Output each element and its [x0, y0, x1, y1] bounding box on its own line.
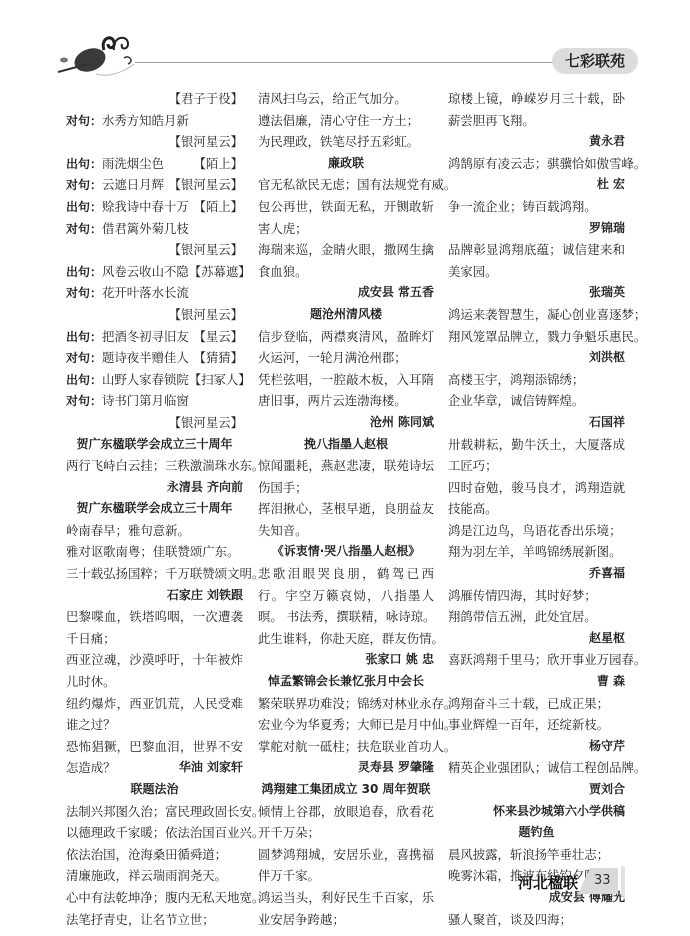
text-line-content: 伤国手； — [258, 480, 308, 495]
text-line: 技能高。 — [448, 498, 625, 520]
couplet-role-label: 出句： — [66, 373, 102, 387]
couplet-role-label: 对句： — [66, 178, 102, 192]
column-2: 清风扫乌云，给正气加分。遵法倡廉，清心守住一方土；为民理政，铁笔尽抒五彩虹。廉政… — [258, 88, 434, 930]
source-tag: 【银河星云】 — [66, 131, 243, 153]
text-line: 法笔抒青史，让名节立世； — [66, 909, 243, 931]
text-line-content: 两行飞峙白云挂；三秩激湍珠水东。 — [66, 458, 264, 473]
text-line: 害人虎； — [258, 218, 434, 240]
author-name: 张瑞英 — [589, 285, 625, 299]
poem-title: 贺广东楹联学会成立三十周年 — [66, 498, 243, 520]
source-tag-text: 【银河星云】 — [169, 134, 243, 149]
text-line: 喜跃鸿翔千里马；欣开事业万园春。 — [448, 649, 625, 671]
author-name: 灵寿县 罗肇隆 — [358, 760, 434, 774]
poem-title-text: 廉政联 — [328, 156, 364, 170]
text-line: 巴黎喋血，铁塔呜咽，一次遭袭 — [66, 606, 243, 628]
text-line: 千日痛； — [66, 628, 243, 650]
text-line-content: 遵法倡廉，清心守住一方土； — [258, 113, 419, 128]
text-line-content: 精英企业强团队；诚信工程创品牌。 — [448, 760, 646, 775]
author-name: 杜 宏 — [597, 177, 625, 191]
text-line-content: 业安居争跨越； — [258, 912, 345, 927]
poem-title: 《诉衷情·哭八指墨人赵根》 — [258, 541, 434, 563]
couplet-role-label: 对句： — [66, 286, 102, 300]
text-line: 清廉施政，祥云瑞雨润尧天。 — [66, 865, 243, 887]
source-tag-text: 【君子于役】 — [169, 91, 243, 106]
author-tag: 【猜猜】 — [193, 347, 243, 369]
author-name: 杨守芹 — [589, 739, 625, 753]
text-line-content: 争一流企业；铸百载鸿翔。 — [448, 199, 597, 214]
couplet-role-label: 对句： — [66, 222, 102, 236]
text-line-content: 火运河，一轮月满沧州郡； — [258, 350, 407, 365]
text-line-content: 事业辉煌一百年，还绽新枝。 — [448, 717, 609, 732]
author-name: 乔喜福 — [589, 566, 625, 580]
couplet-text: 诗书门第月临窗 — [102, 393, 189, 408]
author-line: 成安县 常五香 — [258, 282, 434, 304]
text-line-content: 翔鸽带信五洲，此处宜居。 — [448, 609, 597, 624]
text-line: 倾情上谷郡，放眼追春，欣看花 — [258, 801, 434, 823]
source-tag-text: 【银河星云】 — [169, 307, 243, 322]
text-line-content: 法制兴邦图久治；富民理政固长安。 — [66, 804, 264, 819]
author-line: 怀来县沙城第六小学供稿 — [448, 801, 625, 823]
text-line: 儿时休。 — [66, 671, 243, 693]
text-line: 唐旧事，两片云连渤海楼。 — [258, 390, 434, 412]
text-line: 骚人聚首，谈及四海； — [448, 909, 625, 931]
text-line: 火运河，一轮月满沧州郡； — [258, 347, 434, 369]
text-line: 遵法倡廉，清心守住一方土； — [258, 110, 434, 132]
author-name: 华油 刘家轩 — [179, 757, 243, 779]
header-rule — [135, 62, 600, 63]
section-title-badge: 七彩联苑 — [552, 48, 638, 74]
text-line: 岭南春早；雅句意新。 — [66, 520, 243, 542]
couplet-role-label: 对句： — [66, 114, 102, 128]
text-line: 此生谁料，你赴天庭，群友伤情。 — [258, 628, 434, 650]
text-line-content: 美家园。 — [448, 264, 498, 279]
text-line: 鸿雁传情四海，其时好梦； — [448, 585, 625, 607]
text-line: 以德理政千家暖；依法治国百业兴。 — [66, 822, 243, 844]
couplet-line: 对句：借君篱外菊几枝 — [66, 218, 243, 240]
text-line-content: 儿时休。 — [66, 674, 116, 689]
text-line: 争一流企业；铸百载鸿翔。 — [448, 196, 625, 218]
page-header: 七彩联苑 — [0, 0, 690, 80]
text-line-content: 以德理政千家暖；依法治国百业兴。 — [66, 825, 264, 840]
text-line: 谁之过？ — [66, 714, 243, 736]
text-line: 三十载弘扬国粹；千万联赞颂文明。 — [66, 563, 243, 585]
text-line: 信步登临，两襟爽清风，盈眸灯 — [258, 326, 434, 348]
text-line-content: 伴万千家。 — [258, 868, 320, 883]
author-line: 张家口 姚 忠 — [258, 649, 434, 671]
text-line: 四时奋勉，骏马良才，鸿翔造就 — [448, 477, 625, 499]
text-line: 翔鸽带信五洲，此处宜居。 — [448, 606, 625, 628]
couplet-role-label: 对句： — [66, 394, 102, 408]
text-line-content: 企业华章，诚信铸辉煌。 — [448, 393, 584, 408]
poem-title-text: 贺广东楹联学会成立三十周年 — [76, 437, 232, 451]
author-line: 石家庄 刘铁跟 — [66, 585, 243, 607]
text-line-content: 鸿运来袭智慧生，凝心创业喜逐梦； — [448, 307, 646, 322]
poem-title-text: 题沧州清风楼 — [310, 307, 382, 321]
text-line-content: 食血狼。 — [258, 264, 308, 279]
text-line: 开千万朵； — [258, 822, 434, 844]
text-line: 挥泪揪心，茎根早逝，良朋益友 — [258, 498, 434, 520]
text-line-content: 清廉施政，祥云瑞雨润尧天。 — [66, 868, 227, 883]
poem-title: 廉政联 — [258, 153, 434, 175]
text-line: 宏业今为华夏秀；大师已是月中仙。 — [258, 714, 434, 736]
author-line: 石国祥 — [448, 412, 625, 434]
poem-title: 联题法治 — [66, 779, 243, 801]
text-line-content: 三十载弘扬国粹；千万联赞颂文明。 — [66, 566, 264, 581]
text-line: 怎造成？ — [66, 757, 116, 779]
text-line: 鸿翔奋斗三十载，已成正果； — [448, 693, 625, 715]
couplet-role-label: 对句： — [66, 351, 102, 365]
author-name: 永清县 齐向前 — [167, 480, 243, 494]
text-line: 海瑞来巡，金睛火眼，撒网生擒 — [258, 239, 434, 261]
text-line: 事业辉煌一百年，还绽新枝。 — [448, 714, 625, 736]
couplet-text: 借君篱外菊几枝 — [102, 221, 189, 236]
couplet-text: 赊我诗中春十万 — [102, 199, 189, 214]
text-line: 伤国手； — [258, 477, 434, 499]
text-line: 翔风笼罩品牌立，戮力争魁乐惠民。 — [448, 326, 625, 348]
couplet-text: 雨洗烟尘色 — [102, 156, 164, 171]
couplet-line: 出句：赊我诗中春十万【陌上】 — [66, 196, 243, 218]
text-line: 掌舵对航一砥柱；扶危联业首功人。 — [258, 736, 434, 758]
text-line-content: 宏业今为华夏秀；大师已是月中仙。 — [258, 717, 456, 732]
text-line: 翔为羽左羊，羊鸣锦绣展新图。 — [448, 541, 625, 563]
text-line-content: 唐旧事，两片云连渤海楼。 — [258, 393, 407, 408]
text-line: 行。宇空万籁哀恸，八指墨人 — [258, 585, 434, 607]
source-tag: 【银河星云】 — [66, 412, 243, 434]
author-line: 赵星枢 — [448, 628, 625, 650]
page-number: 33 — [594, 873, 611, 888]
text-line-content: 鸿是江边鸟，鸟语花香出乐境； — [448, 523, 621, 538]
couplet-text: 花开叶落水长流 — [102, 285, 189, 300]
text-line: 食血狼。 — [258, 261, 434, 283]
text-line: 悲歌泪眼哭良朋，鹤驾已西 — [258, 563, 434, 585]
couplet-line: 对句：花开叶落水长流 — [66, 282, 243, 304]
author-name: 成安县 常五香 — [358, 285, 434, 299]
text-line: 心中有法乾坤净；腹内无私天地宽。 — [66, 887, 243, 909]
author-tag: 【陌上】 — [193, 196, 243, 218]
text-line: 繁荣联界功难没；锦绣对林业永存。 — [258, 693, 434, 715]
text-line-content: 鸿翔奋斗三十载，已成正果； — [448, 696, 609, 711]
text-line-content: 鸿雁传情四海，其时好梦； — [448, 588, 597, 603]
couplet-line: 对句：云遮日月辉【银河星云】 — [66, 174, 243, 196]
text-line-content: 为民理政，铁笔尽抒五彩虹。 — [258, 134, 419, 149]
text-line: 圆梦鸿翔城，安居乐业，喜携福 — [258, 844, 434, 866]
text-line: 品牌彰显鸿翔底蕴；诚信建来和 — [448, 239, 625, 261]
text-line: 依法治国，沧海桑田循舜道； — [66, 844, 243, 866]
text-line: 薪尝胆再飞翔。 — [448, 110, 625, 132]
text-line: 清风扫乌云，给正气加分。 — [258, 88, 434, 110]
text-line: 失知音。 — [258, 520, 434, 542]
text-line-content: 雅对讴歌南粤；佳联赞颂广东。 — [66, 544, 239, 559]
source-tag: 【君子于役】 — [66, 88, 243, 110]
text-line-content: 骚人聚首，谈及四海； — [448, 912, 572, 927]
text-line: 高楼玉宇，鸿翔添锦绣； — [448, 369, 625, 391]
couplet-role-label: 出句： — [66, 265, 102, 279]
text-line-content: 千日痛； — [66, 631, 116, 646]
page-edge — [621, 866, 625, 896]
source-tag-text: 【银河星云】 — [169, 415, 243, 430]
author-line: 曹 森 — [448, 671, 625, 693]
source-tag: 【银河星云】 — [66, 304, 243, 326]
column-1: 【君子于役】对句：水秀方知皓月新【银河星云】出句：雨洗烟尘色【陌上】对句：云遮日… — [66, 88, 243, 930]
ink-stone-ornament-icon — [48, 28, 148, 80]
couplet-line: 出句：山野人家春锁院【扫冢人】 — [66, 369, 243, 391]
poem-title: 挽八指墨人赵根 — [258, 434, 434, 456]
text-line: 琼楼上镜，峥嵘岁月三十载，卧 — [448, 88, 625, 110]
column-3: 琼楼上镜，峥嵘岁月三十载，卧薪尝胆再飞翔。黄永君鸿鹄原有凌云志；骐骥恰如傲雪峰。… — [448, 88, 625, 930]
author-line: 张瑞英 — [448, 282, 625, 304]
text-line: 西亚泣魂，沙漠呼吁，十年被炸 — [66, 649, 243, 671]
couplet-line: 出句：风卷云收山不隐【苏幕遮】 — [66, 261, 243, 283]
text-line-content: 工匠巧； — [448, 458, 498, 473]
text-line-content: 翔风笼罩品牌立，戮力争魁乐惠民。 — [448, 329, 646, 344]
text-line-content: 晨风披露，斩浪扬竿垂壮志； — [448, 847, 609, 862]
text-line: 法制兴邦图久治；富民理政固长安。 — [66, 801, 243, 823]
couplet-line: 对句：水秀方知皓月新 — [66, 110, 243, 132]
text-line: 鸿运当头，利好民生千百家，乐 — [258, 887, 434, 909]
text-line: 卅载耕耘，勤牛沃土，大厦落成 — [448, 434, 625, 456]
author-name: 沧州 陈同斌 — [370, 415, 434, 429]
poem-title: 贺广东楹联学会成立三十周年 — [66, 434, 243, 456]
text-line: 精英企业强团队；诚信工程创品牌。 — [448, 757, 625, 779]
couplet-text: 山野人家春锁院 — [102, 372, 189, 387]
author-name: 石家庄 刘铁跟 — [167, 588, 243, 602]
text-line: 两行飞峙白云挂；三秩激湍珠水东。 — [66, 455, 243, 477]
author-line: 贾刘合 — [448, 779, 625, 801]
text-line-content: 法笔抒青史，让名节立世； — [66, 912, 215, 927]
author-line: 永清县 齐向前 — [66, 477, 243, 499]
text-line: 业安居争跨越； — [258, 909, 434, 931]
text-line: 晨风披露，斩浪扬竿垂壮志； — [448, 844, 625, 866]
text-line-content: 开千万朵； — [258, 825, 320, 840]
text-line-content: 清风扫乌云，给正气加分。 — [258, 91, 407, 106]
poem-title-text: 挽八指墨人赵根 — [304, 437, 388, 451]
poem-title-text: 《诉衷情·哭八指墨人赵根》 — [272, 544, 421, 558]
author-line: 乔喜福 — [448, 563, 625, 585]
couplet-role-label: 出句： — [66, 200, 102, 214]
text-line-content: 失知音。 — [258, 523, 308, 538]
poem-title: 鸿翔建工集团成立 30 周年贺联 — [258, 779, 434, 801]
couplet-text: 风卷云收山不隐 — [102, 264, 189, 279]
author-name: 黄永君 — [589, 134, 625, 148]
poem-title-text: 联题法治 — [130, 782, 178, 796]
couplet-text: 把酒冬初寻旧友 — [102, 329, 189, 344]
author-name: 曹 森 — [597, 674, 625, 688]
author-line: 杜 宏 — [448, 174, 625, 196]
couplet-role-label: 出句： — [66, 157, 102, 171]
couplet-line: 对句：诗书门第月临窗 — [66, 390, 243, 412]
couplet-text: 题诗夜半赠佳人 — [102, 350, 189, 365]
text-line-content: 鸿鹄原有凌云志；骐骥恰如傲雪峰。 — [448, 156, 646, 171]
text-line-content: 喜跃鸿翔千里马；欣开事业万园春。 — [448, 652, 646, 667]
text-line: 工匠巧； — [448, 455, 625, 477]
author-tag: 【陌上】 — [193, 153, 243, 175]
couplet-role-label: 出句： — [66, 330, 102, 344]
text-line: 伴万千家。 — [258, 865, 434, 887]
text-line-content: 技能高。 — [448, 501, 498, 516]
text-line: 凭栏弦唱，一腔敲木板，入耳隋 — [258, 369, 434, 391]
poem-title-text: 题钓鱼 — [518, 825, 554, 839]
text-line: 为民理政，铁笔尽抒五彩虹。 — [258, 131, 434, 153]
text-line-content: 依法治国，沧海桑田循舜道； — [66, 847, 227, 862]
author-line: 杨守芹 — [448, 736, 625, 758]
author-name: 石国祥 — [589, 415, 625, 429]
text-line-content: 害人虎； — [258, 221, 308, 236]
text-line: 暝。 书法秀，撰联精，咏诗琼。 — [258, 606, 434, 628]
author-line: 罗锦瑞 — [448, 218, 625, 240]
author-line: 灵寿县 罗肇隆 — [258, 757, 434, 779]
text-line-content: 官无私欲民无虑；国有法规党有威。 — [258, 177, 456, 192]
text-line: 官无私欲民无虑；国有法规党有威。 — [258, 174, 434, 196]
couplet-text: 水秀方知皓月新 — [102, 113, 189, 128]
couplet-line: 出句：把酒冬初寻旧友【星云】 — [66, 326, 243, 348]
text-line: 鸿是江边鸟，鸟语花香出乐境； — [448, 520, 625, 542]
author-tag: 【扫冢人】 — [189, 369, 251, 391]
text-line: 包公再世，铁面无私，开铡敢斩 — [258, 196, 434, 218]
text-line: 惊闻噩耗，燕赵悲凄，联苑诗坛 — [258, 455, 434, 477]
text-line-content: 谁之过？ — [66, 717, 116, 732]
magazine-title: 河北楹联 — [518, 872, 578, 893]
text-line-content: 繁荣联界功难没；锦绣对林业永存。 — [258, 696, 456, 711]
author-line: 刘洪枢 — [448, 347, 625, 369]
text-line: 纽约爆炸，西亚饥荒，人民受难 — [66, 693, 243, 715]
text-line-content: 心中有法乾坤净；腹内无私天地宽。 — [66, 890, 264, 905]
author-name: 赵星枢 — [589, 631, 625, 645]
author-name: 刘洪枢 — [589, 350, 625, 364]
poem-title: 题沧州清风楼 — [258, 304, 434, 326]
text-line-content: 薪尝胆再飞翔。 — [448, 113, 535, 128]
author-tag: 【银河星云】 — [169, 174, 243, 196]
author-name: 怀来县沙城第六小学供稿 — [493, 804, 625, 818]
author-line: 黄永君 — [448, 131, 625, 153]
author-name: 张家口 姚 忠 — [366, 652, 434, 666]
poem-title: 悼孟繁锦会长兼忆张月中会长 — [258, 671, 434, 693]
poem-title-text: 鸿翔建工集团成立 30 周年贺联 — [261, 782, 430, 796]
author-name: 罗锦瑞 — [589, 221, 625, 235]
text-line: 美家园。 — [448, 261, 625, 283]
text-line-content: 岭南春早；雅句意新。 — [66, 523, 190, 538]
text-line: 鸿运来袭智慧生，凝心创业喜逐梦； — [448, 304, 625, 326]
couplet-line: 出句：雨洗烟尘色【陌上】 — [66, 153, 243, 175]
poem-title-text: 悼孟繁锦会长兼忆张月中会长 — [268, 674, 424, 688]
author-tag: 【星云】 — [193, 326, 243, 348]
text-line-content: 高楼玉宇，鸿翔添锦绣； — [448, 372, 584, 387]
poem-title-text: 贺广东楹联学会成立三十周年 — [76, 501, 232, 515]
source-tag-text: 【银河星云】 — [169, 242, 243, 257]
text-line-content: 翔为羽左羊，羊鸣锦绣展新图。 — [448, 544, 621, 559]
author-name: 贾刘合 — [589, 782, 625, 796]
text-line: 鸿鹄原有凌云志；骐骥恰如傲雪峰。 — [448, 153, 625, 175]
couplet-line: 对句：题诗夜半赠佳人【猜猜】 — [66, 347, 243, 369]
text-line: 雅对讴歌南粤；佳联赞颂广东。 — [66, 541, 243, 563]
text-line: 企业华章，诚信铸辉煌。 — [448, 390, 625, 412]
text-line-content: 掌舵对航一砥柱；扶危联业首功人。 — [258, 739, 456, 754]
author-line: 沧州 陈同斌 — [258, 412, 434, 434]
author-tag: 【苏幕遮】 — [189, 261, 251, 283]
couplet-text: 云遮日月辉 — [102, 177, 164, 192]
source-tag: 【银河星云】 — [66, 239, 243, 261]
text-line-with-author: 怎造成？华油 刘家轩 — [66, 757, 243, 779]
poem-title: 题钓鱼 — [448, 822, 625, 844]
text-line: 恐怖猖獗，巴黎血泪，世界不安 — [66, 736, 243, 758]
